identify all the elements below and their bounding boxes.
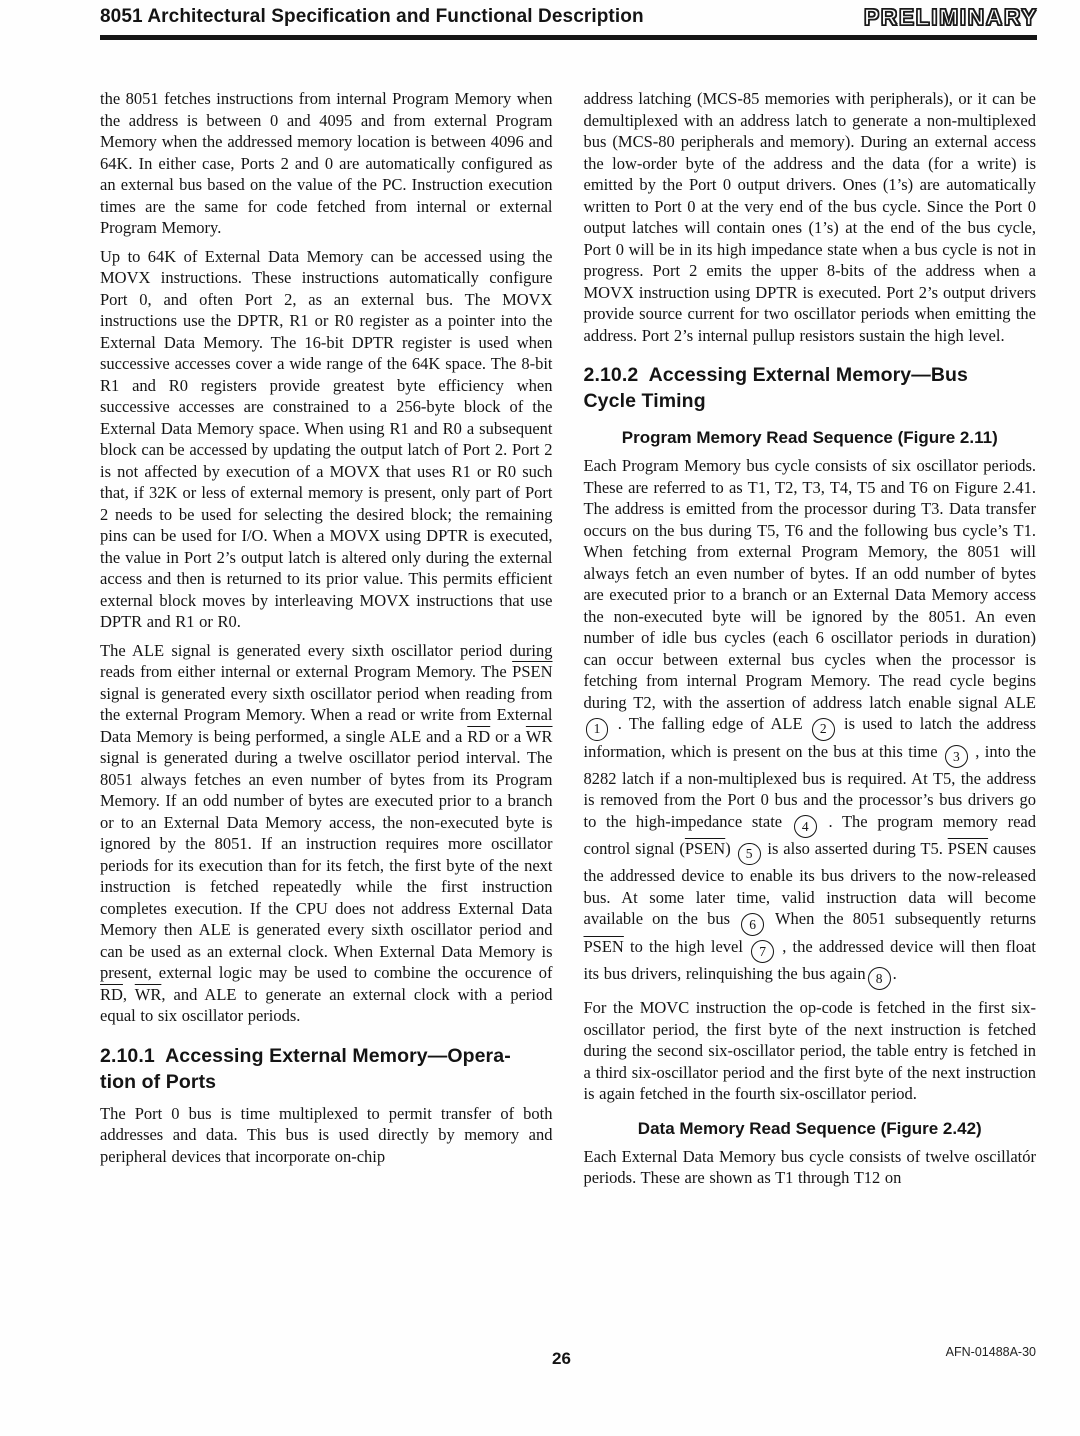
section-heading-2-10-2: 2.10.2 Accessing External Memory—BusCycl… (584, 362, 1037, 414)
section-heading-2-10-1: 2.10.1 Accessing External Memory—Opera-t… (100, 1043, 553, 1095)
document-page: 8051 Architectural Specification and Fun… (0, 0, 1080, 1436)
page-number: 26 (552, 1350, 571, 1367)
paragraph-address-latching: address latching (MCS-85 memories with p… (584, 88, 1037, 346)
subheading-data-memory-read: Data Memory Read Sequence (Figure 2.42) (584, 1118, 1037, 1140)
subheading-program-memory-read: Program Memory Read Sequence (Figure 2.1… (584, 427, 1037, 449)
left-column: the 8051 fetches instructions from inter… (100, 88, 553, 1196)
running-header-title: 8051 Architectural Specification and Fun… (100, 5, 644, 29)
paragraph-movc-fetch: For the MOVC instruction the op-code is … (584, 997, 1037, 1105)
paragraph-program-memory-cycle: Each Program Memory bus cycle consists o… (584, 455, 1037, 990)
page-header: 8051 Architectural Specification and Fun… (0, 0, 1080, 30)
paragraph-internal-external-fetch: the 8051 fetches instructions from inter… (100, 88, 553, 239)
paragraph-movx-external-data: Up to 64K of External Data Memory can be… (100, 246, 553, 633)
document-code: AFN-01488A-30 (946, 1346, 1036, 1359)
paragraph-data-memory-cycle: Each External Data Memory bus cycle cons… (584, 1146, 1037, 1189)
paragraph-port0-bus: The Port 0 bus is time multiplexed to pe… (100, 1103, 553, 1168)
preliminary-stamp: PRELIMINARY (864, 5, 1038, 30)
paragraph-ale-psen-signals: The ALE signal is generated every sixth … (100, 640, 553, 1027)
two-column-body: the 8051 fetches instructions from inter… (0, 40, 1080, 1196)
right-column: address latching (MCS-85 memories with p… (584, 88, 1037, 1196)
